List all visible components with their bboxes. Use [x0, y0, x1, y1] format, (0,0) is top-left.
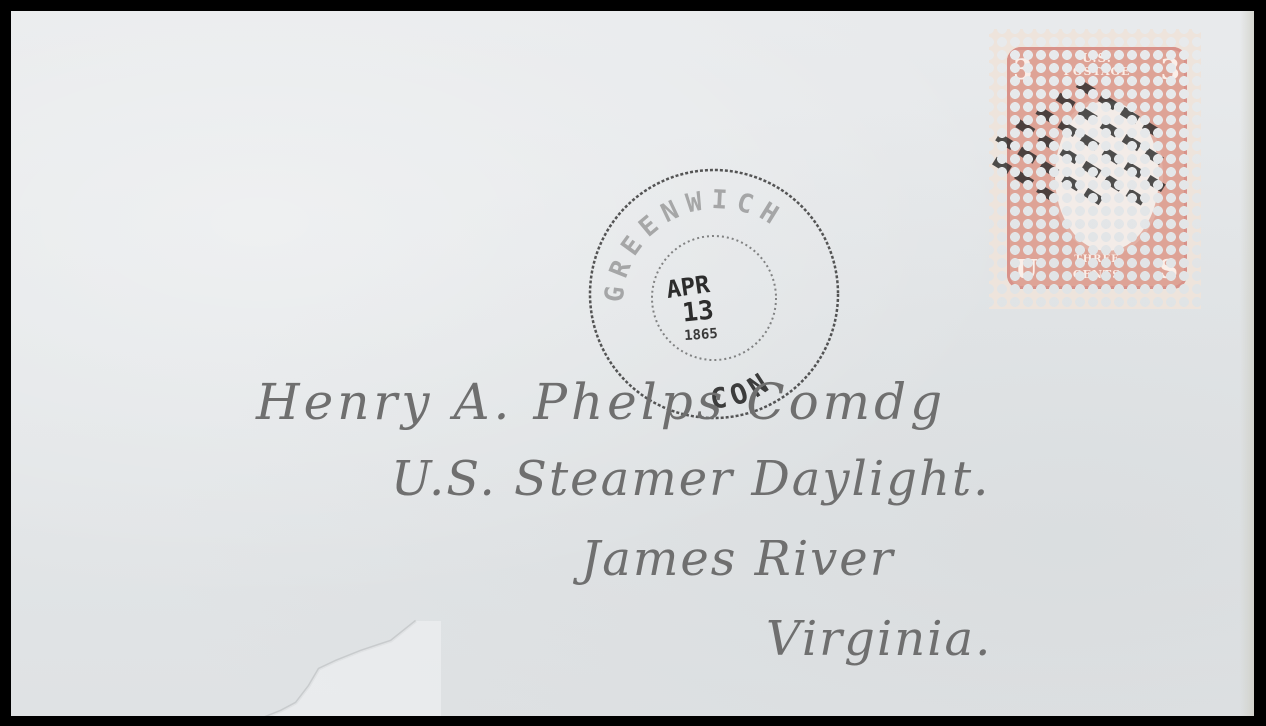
- postage-stamp: U.S. POSTAGE 3 3 THREE CENTS U S: [989, 29, 1201, 309]
- envelope: GREENWICH CON APR 13 1865 U.S. POSTAGE 3…: [11, 11, 1254, 716]
- address-line-state: Virginia.: [766, 611, 992, 667]
- envelope-tear: [241, 611, 441, 716]
- address-line-ship: U.S. Steamer Daylight.: [391, 451, 990, 507]
- postmark-day: 13: [672, 294, 725, 329]
- grid-cancel-mark: [989, 29, 1201, 309]
- envelope-edge-wear: [1240, 11, 1254, 716]
- address-line-river: James River: [581, 531, 895, 587]
- address-line-name: Henry A. Phelps Comdg: [256, 373, 946, 431]
